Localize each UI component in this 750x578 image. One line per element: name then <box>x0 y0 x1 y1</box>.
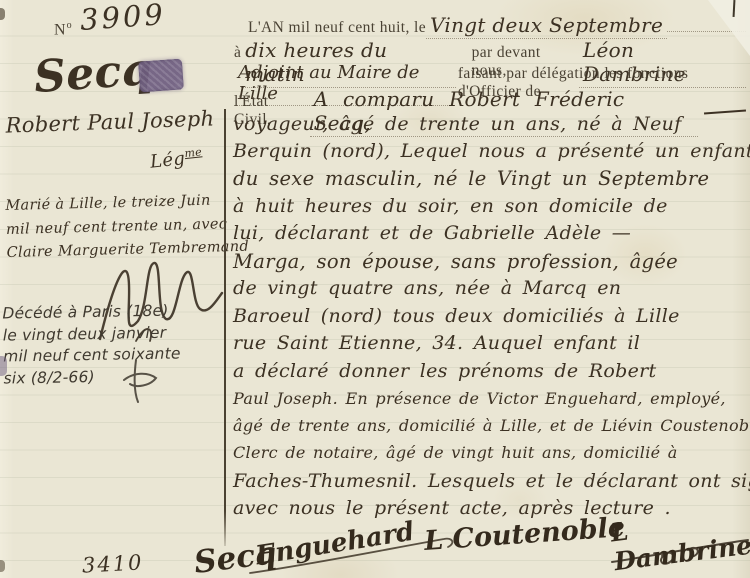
act-text-line: Clerc de notaire, âgé de vingt huit ans,… <box>233 443 747 462</box>
act-text-line: a déclaré donner les prénoms de Robert <box>233 360 747 382</box>
margin-divider-rule <box>224 109 226 546</box>
purple-ink-stamp-icon <box>138 59 184 93</box>
act-text-line: lui, déclarant et de Gabrielle Adèle — <box>233 222 747 244</box>
act-text-line: Faches-Thumesnil. Lesquels et le déclara… <box>233 470 747 492</box>
registry-act-page: No 3909 Secq Robert Paul Joseph Légme Ma… <box>0 0 750 578</box>
margin-surname: Secq <box>32 44 154 103</box>
act-number: 3909 <box>79 0 167 37</box>
edge-purple-smudge <box>0 356 7 376</box>
death-note-line: Décédé à Paris (18e) <box>2 300 180 325</box>
act-text-line: Baroeul (nord) tous deux domiciliés à Li… <box>233 305 747 327</box>
act-text-line: Berquin (nord), Lequel nous a présenté u… <box>233 140 747 162</box>
margin-given-names: Robert Paul Joseph <box>0 106 220 138</box>
opening-line-1: L'AN mil neuf cent huit, le Vingt deux S… <box>234 13 746 39</box>
page-corner-fold <box>708 0 750 56</box>
crossed-out-paraph <box>610 538 750 564</box>
act-text-line: de vingt quatre ans, née à Marcq en <box>233 277 747 299</box>
act-text-line: Paul Joseph. En présence de Victor Engue… <box>233 389 747 408</box>
edge-mark <box>0 560 5 572</box>
act-text-line: du sexe masculin, né le Vingt un Septemb… <box>233 167 747 190</box>
printed-form-text: L'AN mil neuf cent huit, le <box>234 19 426 37</box>
act-text-line: à huit heures du soir, en son domicile d… <box>233 195 747 217</box>
act-text-line: âgé de trente ans, domicilié à Lille, et… <box>233 416 747 435</box>
act-number-label: No <box>54 20 73 39</box>
hand-date: Vingt deux Septembre <box>426 13 667 39</box>
printed-form-text: à <box>234 44 241 62</box>
death-note-paraph <box>120 358 160 404</box>
act-text-line: Marga, son épouse, sans profession, âgée <box>233 250 747 273</box>
signature-underline-swash <box>248 535 458 575</box>
margin-legitimate-abbreviation: Légme <box>149 145 204 172</box>
death-note-line: le vingt deux janvier <box>3 322 181 347</box>
margin-bottom-number: 3410 <box>81 550 144 577</box>
edge-mark <box>0 8 5 20</box>
act-text-line: voyageur, âgé de trente un ans, né à Neu… <box>233 113 747 135</box>
act-text-line: rue Saint Etienne, 34. Auquel enfant il <box>233 332 747 354</box>
